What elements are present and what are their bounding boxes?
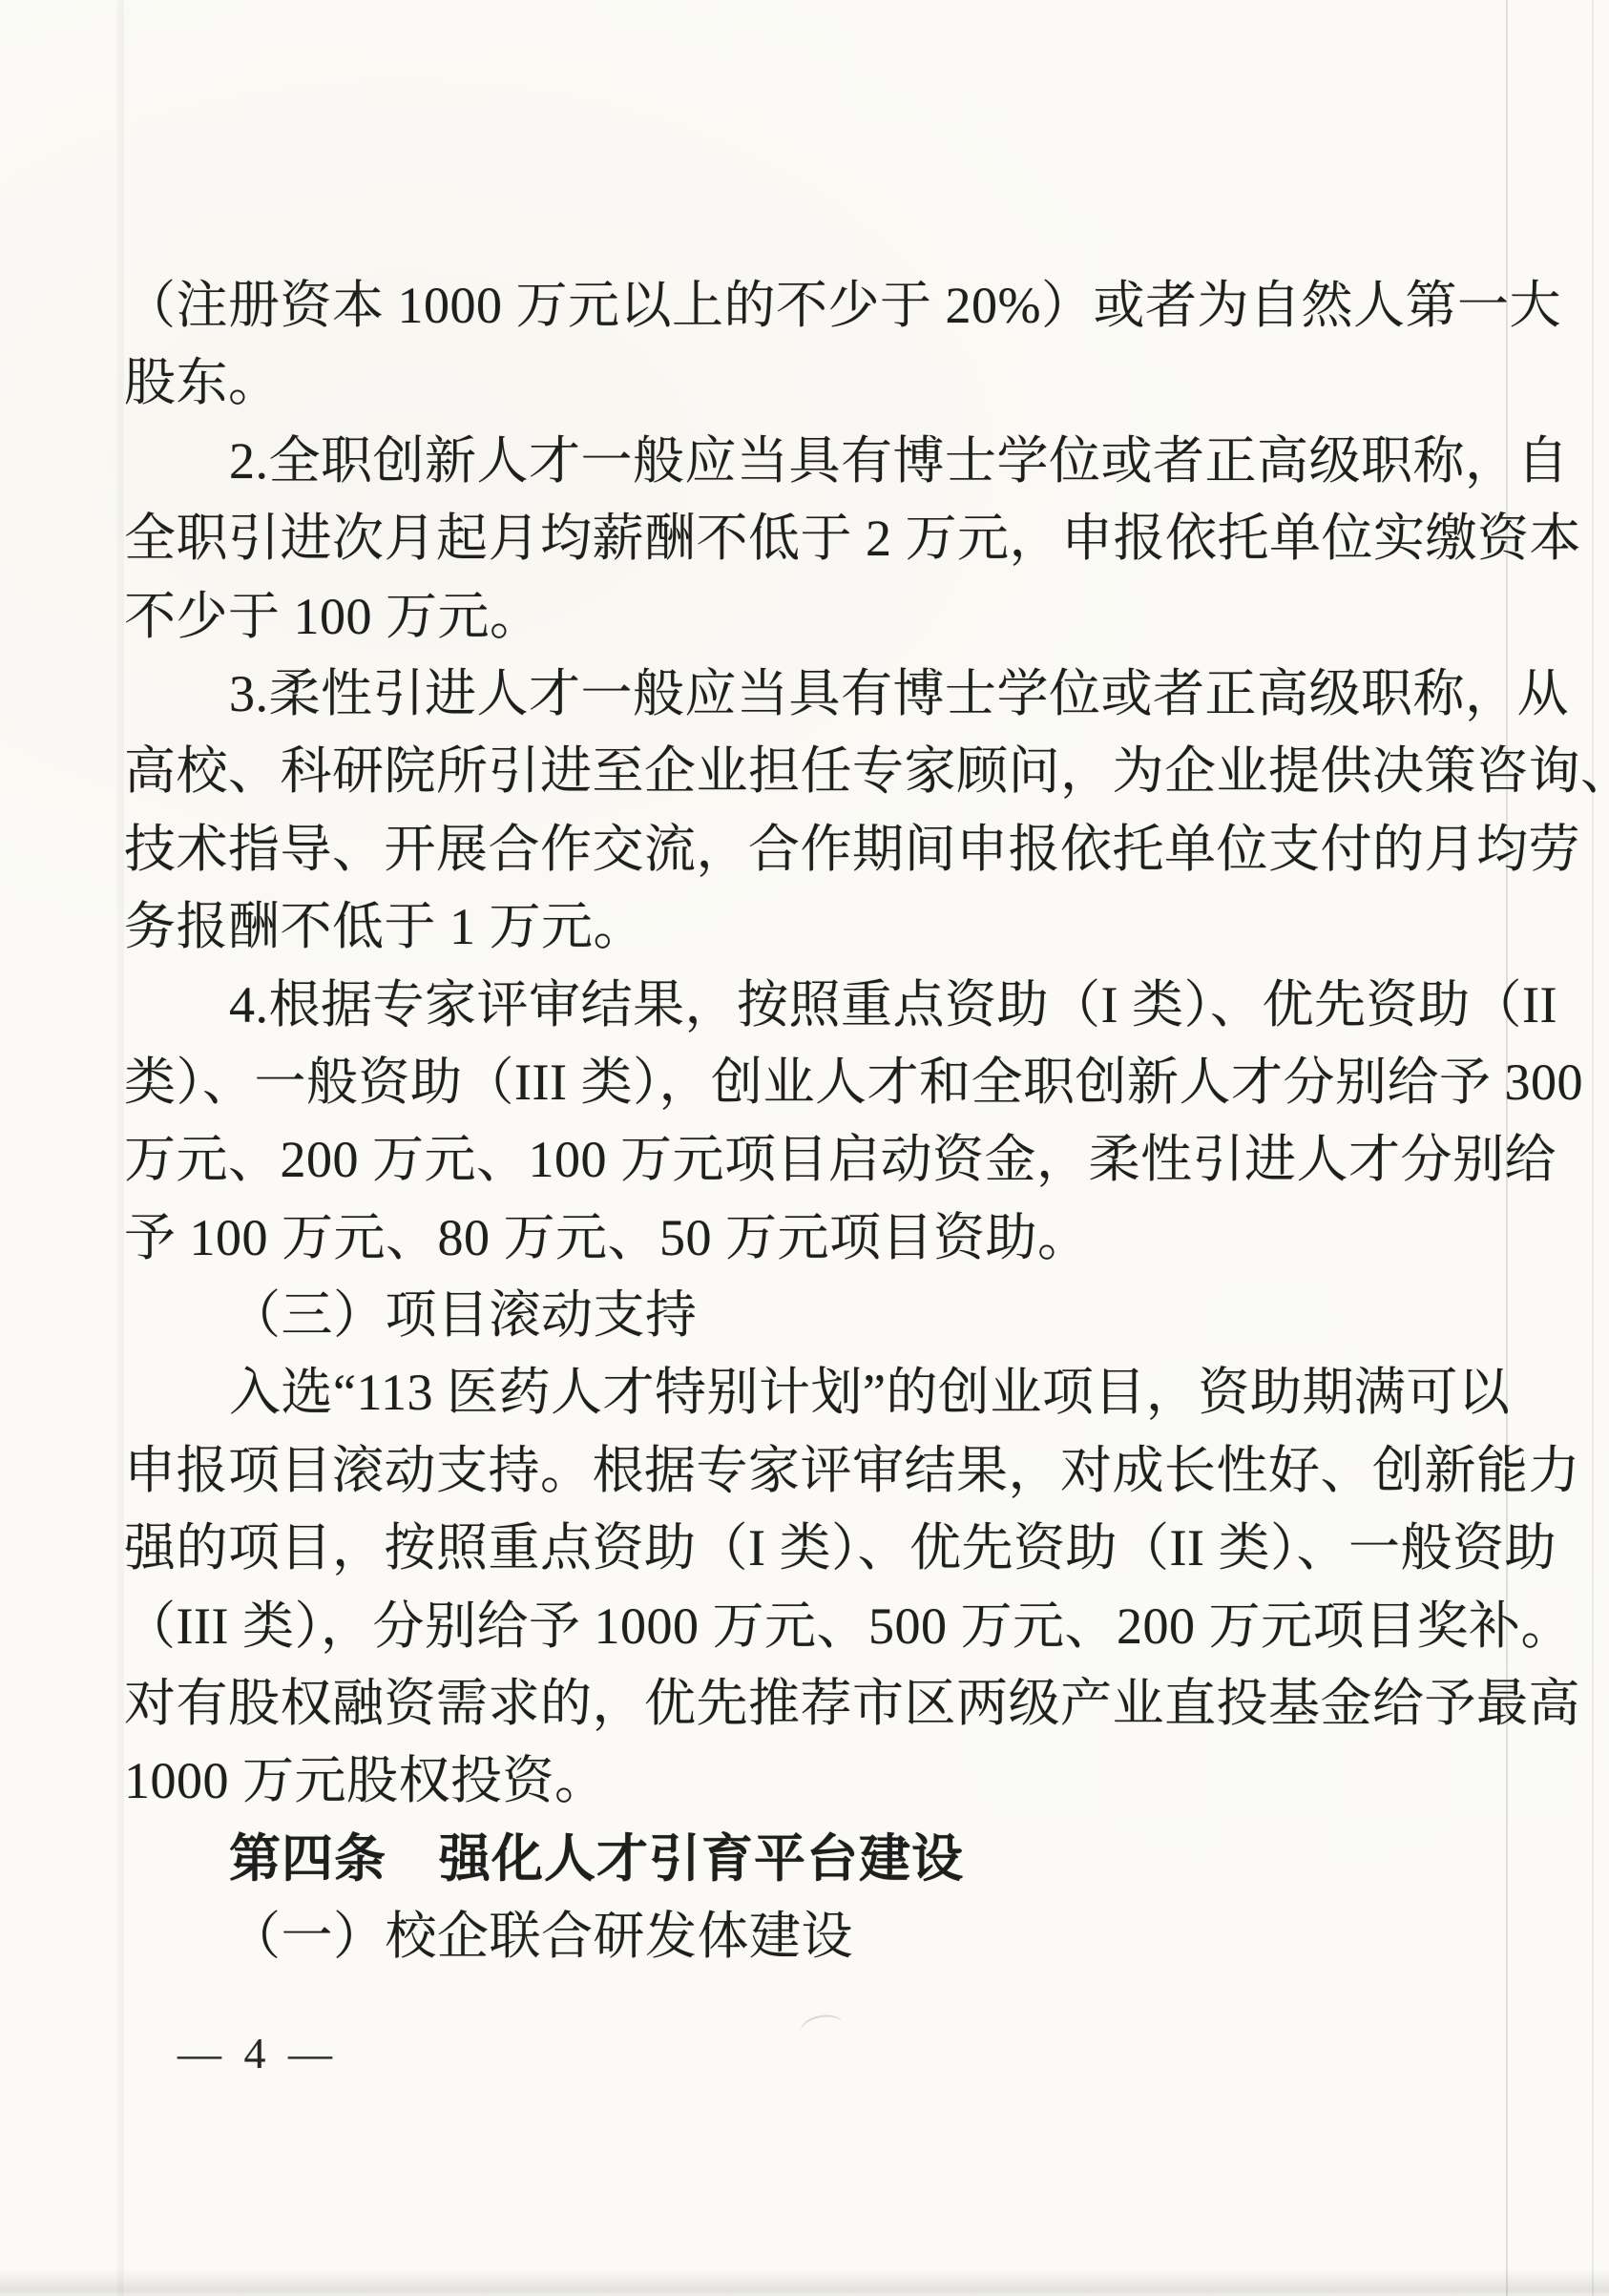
text-line: （一）校企联合研发体建设: [124, 1898, 1494, 1975]
text-line: 股东。: [124, 344, 1494, 422]
scan-artifact-bottom-edge: [0, 2269, 1609, 2296]
text-line: 务报酬不低于 1 万元。: [124, 888, 1494, 966]
text-line: （三）项目滚动支持: [124, 1277, 1494, 1354]
text-line: 申报项目滚动支持。根据专家评审结果，对成长性好、创新能力: [124, 1432, 1494, 1510]
page-number: — 4 —: [178, 2025, 338, 2082]
text-line: 技术指导、开展合作交流，合作期间申报依托单位支付的月均劳: [124, 811, 1494, 888]
scan-artifact-right-line-2: [1592, 0, 1594, 2296]
document-body: （注册资本 1000 万元以上的不少于 20%）或者为自然人第一大股东。2.全职…: [124, 267, 1494, 1976]
scanned-document-page: （注册资本 1000 万元以上的不少于 20%）或者为自然人第一大股东。2.全职…: [0, 0, 1609, 2296]
text-line: 不少于 100 万元。: [124, 578, 1494, 656]
text-line: 1000 万元股权投资。: [124, 1743, 1494, 1820]
text-line: 对有股权融资需求的，优先推荐市区两级产业直投基金给予最高: [124, 1665, 1494, 1743]
text-line: 强的项目，按照重点资助（I 类）、优先资助（II 类）、一般资助: [124, 1510, 1494, 1587]
text-line: （注册资本 1000 万元以上的不少于 20%）或者为自然人第一大: [124, 267, 1494, 344]
scan-artifact-stray-mark: [798, 2012, 846, 2047]
text-line: 2.全职创新人才一般应当具有博士学位或者正高级职称，自: [124, 423, 1494, 500]
text-line: 予 100 万元、80 万元、50 万元项目资助。: [124, 1200, 1494, 1277]
section-heading-line: 第四条 强化人才引育平台建设: [124, 1821, 1494, 1898]
text-line: 入选“113 医药人才特别计划”的创业项目，资助期满可以: [124, 1354, 1494, 1431]
text-line: 高校、科研院所引进至企业担任专家顾问，为企业提供决策咨询、: [124, 733, 1494, 810]
text-line: 万元、200 万元、100 万元项目启动资金，柔性引进人才分别给: [124, 1121, 1494, 1199]
text-line: （III 类），分别给予 1000 万元、500 万元、200 万元项目奖补。: [124, 1588, 1494, 1665]
text-line: 4.根据专家评审结果，按照重点资助（I 类）、优先资助（II: [124, 967, 1494, 1044]
text-line: 全职引进次月起月均薪酬不低于 2 万元，申报依托单位实缴资本: [124, 500, 1494, 577]
text-line: 3.柔性引进人才一般应当具有博士学位或者正高级职称，从: [124, 656, 1494, 733]
scan-artifact-left-line: [117, 0, 124, 2296]
text-line: 类）、一般资助（III 类），创业人才和全职创新人才分别给予 300: [124, 1044, 1494, 1121]
